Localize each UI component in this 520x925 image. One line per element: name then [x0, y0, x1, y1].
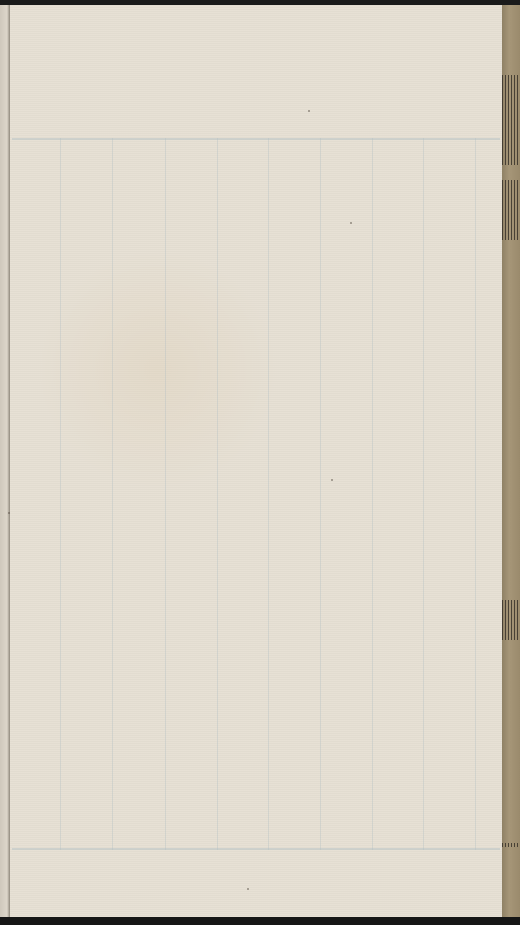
frame-bottom-line — [12, 848, 500, 850]
show-through-text — [440, 150, 470, 374]
scanned-page — [0, 0, 520, 925]
column-rule — [112, 138, 113, 850]
column-rule — [372, 138, 373, 850]
column-rule — [320, 138, 321, 850]
column-rule — [60, 138, 61, 850]
blank-page — [10, 5, 502, 917]
column-rule — [217, 138, 218, 850]
column-rule — [423, 138, 424, 850]
frame-top-line — [12, 138, 500, 140]
paper-speck — [331, 479, 333, 481]
paper-speck — [308, 110, 310, 112]
paper-speck — [247, 888, 249, 890]
adjacent-page-edge — [0, 5, 10, 917]
scan-bottom-border — [0, 917, 520, 925]
paper-speck — [8, 512, 10, 514]
fore-edge-marking — [502, 843, 520, 847]
paper-speck — [350, 222, 352, 224]
fore-edge-marking — [502, 75, 520, 165]
fore-edge-marking — [502, 600, 520, 640]
column-rule — [268, 138, 269, 850]
column-rule — [165, 138, 166, 850]
fore-edge-marking — [502, 180, 520, 240]
column-rule — [475, 138, 476, 850]
